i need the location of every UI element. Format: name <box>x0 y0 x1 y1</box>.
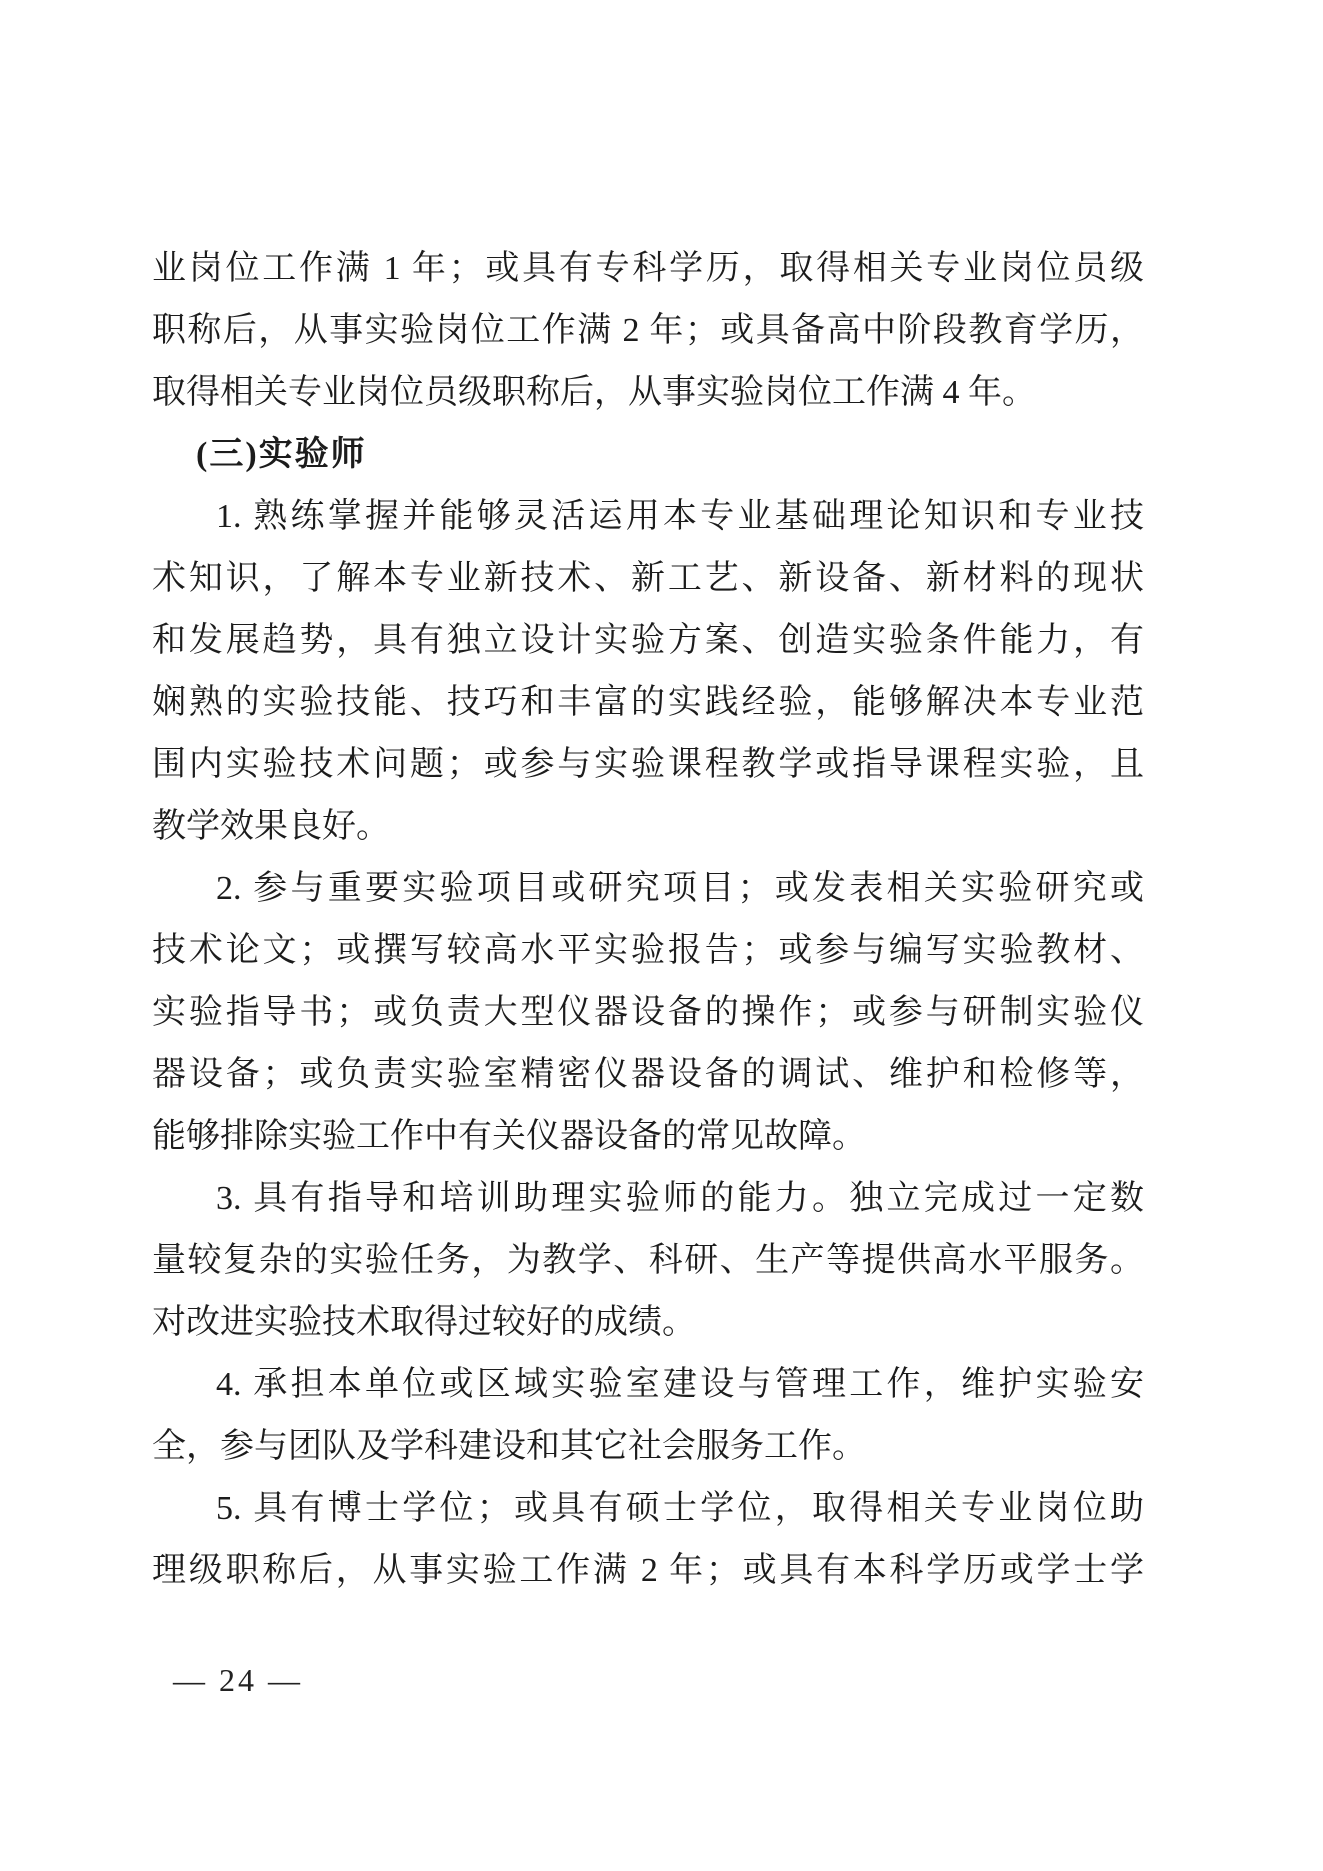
paragraph-item-4: 4. 承担本单位或区域实验室建设与管理工作，维护实验安 全，参与团队及学科建设和… <box>152 1354 1144 1478</box>
text-line: 实验指导书；或负责大型仪器设备的操作；或参与研制实验仪 <box>152 982 1144 1044</box>
paragraph-item-1: 1. 熟练掌握并能够灵活运用本专业基础理论知识和专业技 术知识，了解本专业新技术… <box>152 486 1144 858</box>
paragraph-item-2: 2. 参与重要实验项目或研究项目；或发表相关实验研究或 技术论文；或撰写较高水平… <box>152 858 1144 1168</box>
paragraph-continuation: 业岗位工作满 1 年；或具有专科学历，取得相关专业岗位员级 职称后，从事实验岗位… <box>152 238 1144 424</box>
document-page: 业岗位工作满 1 年；或具有专科学历，取得相关专业岗位员级 职称后，从事实验岗位… <box>0 0 1323 1871</box>
text-line: 理级职称后，从事实验工作满 2 年；或具有本科学历或学士学 <box>152 1540 1144 1602</box>
text-line: 2. 参与重要实验项目或研究项目；或发表相关实验研究或 <box>152 858 1144 920</box>
text-line: 业岗位工作满 1 年；或具有专科学历，取得相关专业岗位员级 <box>152 238 1144 300</box>
page-number: — 24 — <box>173 1662 303 1698</box>
text-line: 取得相关专业岗位员级职称后，从事实验岗位工作满 4 年。 <box>152 362 1144 424</box>
paragraph-item-3: 3. 具有指导和培训助理实验师的能力。独立完成过一定数 量较复杂的实验任务，为教… <box>152 1168 1144 1354</box>
text-line: 技术论文；或撰写较高水平实验报告；或参与编写实验教材、 <box>152 920 1144 982</box>
text-line: 4. 承担本单位或区域实验室建设与管理工作，维护实验安 <box>152 1354 1144 1416</box>
text-line: 术知识，了解本专业新技术、新工艺、新设备、新材料的现状 <box>152 548 1144 610</box>
text-line: 能够排除实验工作中有关仪器设备的常见故障。 <box>152 1106 1144 1168</box>
text-line: 3. 具有指导和培训助理实验师的能力。独立完成过一定数 <box>152 1168 1144 1230</box>
text-line: 和发展趋势，具有独立设计实验方案、创造实验条件能力，有 <box>152 610 1144 672</box>
section-heading-text: (三)实验师 <box>152 424 1144 486</box>
text-line: 全，参与团队及学科建设和其它社会服务工作。 <box>152 1416 1144 1478</box>
text-line: 教学效果良好。 <box>152 796 1144 858</box>
section-heading: (三)实验师 <box>152 424 1144 486</box>
text-line: 器设备；或负责实验室精密仪器设备的调试、维护和检修等， <box>152 1044 1144 1106</box>
text-line: 5. 具有博士学位；或具有硕士学位，取得相关专业岗位助 <box>152 1478 1144 1540</box>
text-line: 娴熟的实验技能、技巧和丰富的实践经验，能够解决本专业范 <box>152 672 1144 734</box>
text-line: 量较复杂的实验任务，为教学、科研、生产等提供高水平服务。 <box>152 1230 1144 1292</box>
text-line: 职称后，从事实验岗位工作满 2 年；或具备高中阶段教育学历， <box>152 300 1144 362</box>
text-line: 1. 熟练掌握并能够灵活运用本专业基础理论知识和专业技 <box>152 486 1144 548</box>
text-line: 围内实验技术问题；或参与实验课程教学或指导课程实验，且 <box>152 734 1144 796</box>
page-footer: — 24 — <box>173 1660 303 1700</box>
paragraph-item-5: 5. 具有博士学位；或具有硕士学位，取得相关专业岗位助 理级职称后，从事实验工作… <box>152 1478 1144 1602</box>
page-body: 业岗位工作满 1 年；或具有专科学历，取得相关专业岗位员级 职称后，从事实验岗位… <box>152 238 1144 1602</box>
text-line: 对改进实验技术取得过较好的成绩。 <box>152 1292 1144 1354</box>
